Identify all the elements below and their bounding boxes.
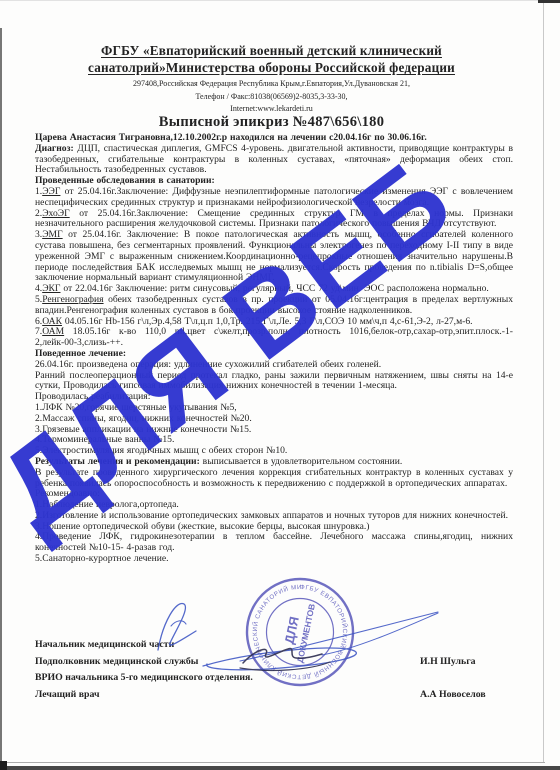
signature-role-label: Лечащий врач [35,689,100,700]
paragraph-text-segment: 3.Грязевые аппликации на нижние конечнос… [35,424,251,435]
paragraph-underlined-segment: Ренгенография [42,294,103,305]
paragraph-text-segment: Ранний послеоперационный период протекал… [35,370,513,392]
paragraph-text-segment: обеих тазобедренных суставов в пр. проек… [35,294,513,316]
paragraph-text-segment: от 25.04.16г. Заключение: В покое патоло… [35,229,513,283]
document-body: Царева Анастасия Тиграновна,12.10.2002г.… [35,133,513,565]
paragraph-underlined-segment: ЭЭГ [42,186,60,197]
paragraph: 4.Проведение ЛФК, гидрокинезотерапии в т… [35,532,513,554]
paragraph-text-segment: 3.Ношение ортопедической обуви (жесткие,… [35,521,369,532]
signature-person-name: И.Н Шульга [420,656,476,667]
org-name-line-1: ФГБУ «Евпаторийский военный детский клин… [0,42,543,59]
org-name-line-2: санатолрий»Министерства обороны Российск… [0,59,543,76]
paragraph-text-segment: 5.Санаторно-курортное лечение. [35,553,169,564]
scan-edge-topright [538,0,560,3]
paragraph-text-segment: от 25.04.16г.Заключение: Смещение средин… [35,208,513,230]
signature-block: Начальник медицинской частиПодполковник … [35,639,513,705]
paragraph-bold-segment: Проведенные обследования в санатории: [35,175,215,186]
signature-row: Лечащий врачА.А Новоселов [35,689,513,706]
paragraph-text-segment: от 22.04.16г Заключение: ритм синусовый,… [60,283,488,294]
paragraph: 2.ЭхоЭГ от 25.04.16г.Заключение: Смещени… [35,209,513,231]
paragraph: 3.ЭМГ от 25.04.16г. Заключение: В покое … [35,230,513,284]
letterhead: ФГБУ «Евпаторийский военный детский клин… [0,42,543,114]
paragraph-underlined-segment: ОАМ [42,326,64,337]
paragraph: 5.Ренгенография обеих тазобедренных суст… [35,295,513,317]
paragraph: 5.Санаторно-курортное лечение. [35,554,513,565]
paragraph-text-segment: 26.04.16г. произведена операция: удлинен… [35,359,381,370]
paragraph-text-segment: 4.Термоминеральные ванны №15. [35,434,174,445]
paragraph: Диагноз: ДЦП, спастическая диплегия, GMF… [35,144,513,176]
paragraph-bold-segment: находился на лечении с20.04.16г по 30.06… [227,132,427,143]
paragraph: В результате проведенного хирургического… [35,468,513,490]
paragraph-underlined-segment: ЭМГ [42,229,62,240]
paragraph-text-segment: 04.05.16г Hb-156 г\л,Эр.4,58 Т\л,ц.п 1,0… [62,316,473,327]
scanned-document-page: ФГБУ «Евпаторийский военный детский клин… [0,0,560,770]
signature-role-label: ВРИО начальника 5-го медицинского отделе… [35,672,253,683]
paragraph-underlined-segment: ЭхоЭГ [42,208,69,219]
scan-edge-right [543,0,544,763]
paragraph-bold-segment: Поведенное лечение: [35,348,126,359]
paragraph-bold-segment: Результаты лечения и рекомендации: [35,456,200,467]
paragraph: 1.ЭЭГ от 25.04.16г.Заключение: Диффузные… [35,187,513,209]
scan-edge-corner [0,761,7,770]
signature-row: Начальник медицинской части [35,639,513,656]
paragraph-bold-segment: Царева Анастасия Тиграновна,12.10.2002г.… [35,132,227,143]
document-title: Выписной эпикриз №487\656\180 [0,114,543,131]
org-internet: Internet:www.lekardeti.ru [0,104,543,114]
scan-edge-left [0,28,2,770]
signature-row: ВРИО начальника 5-го медицинского отделе… [35,672,513,689]
paragraph-text-segment: 1.ЛФК №20,горячие шерстяные укутывания №… [35,402,237,413]
paragraph-text-segment: 5.Электростимуляция ягодичных мышц с обе… [35,445,287,456]
paragraph-text-segment: 4.Проведение ЛФК, гидрокинезотерапии в т… [35,531,513,553]
signature-person-name: А.А Новоселов [420,689,486,700]
paragraph-text-segment: 2.Массаж спины, ягодиц, нижних конечност… [35,413,252,424]
paragraph-text-segment: выписывается в удовлетворительном состоя… [200,456,403,467]
paragraph: Ранний послеоперационный период протекал… [35,371,513,393]
paragraph-text-segment: 18.05.16г к-во 110,0 ml,цвет с\желт,проз… [35,326,513,348]
signature-role-label: Начальник медицинской части [35,639,174,650]
scan-edge-top [0,0,560,1]
signature-role-label: Подполковник медицинской службы [35,656,198,667]
paragraph-text-segment: ДЦП, спастическая диплегия, GMFCS 4-уров… [35,143,513,176]
org-phone: Телефон / Факс:81038(06569)2-8035,3-33-3… [0,92,543,102]
paragraph-text-segment: 1.Наблюдение невролога,ортопеда. [35,499,179,510]
paragraph-underlined-segment: ЭКГ [42,283,60,294]
paragraph-text-segment: от 25.04.16г.Заключение: Диффузные неэпи… [35,186,513,208]
paragraph-text-segment: Рекомендоавно: [35,488,100,499]
signature-row: Подполковник медицинской службыИ.Н Шульг… [35,656,513,673]
paragraph-text-segment: 2.Изготовление и использование ортопедич… [35,510,508,521]
scan-edge-bottom-line [0,762,545,763]
paragraph-text-segment: В результате проведенного хирургического… [35,467,513,489]
paragraph-text-segment: Проводилась реабилитация: [35,391,150,402]
paragraph: 7.ОАМ 18.05.16г к-во 110,0 ml,цвет с\жел… [35,327,513,349]
org-address: 297408,Российская Федерация Республика К… [0,79,543,89]
paragraph-bold-segment: Диагноз: [35,143,74,154]
paragraph-underlined-segment: ОАК [42,316,62,327]
scan-edge-bottom-band [0,766,560,770]
